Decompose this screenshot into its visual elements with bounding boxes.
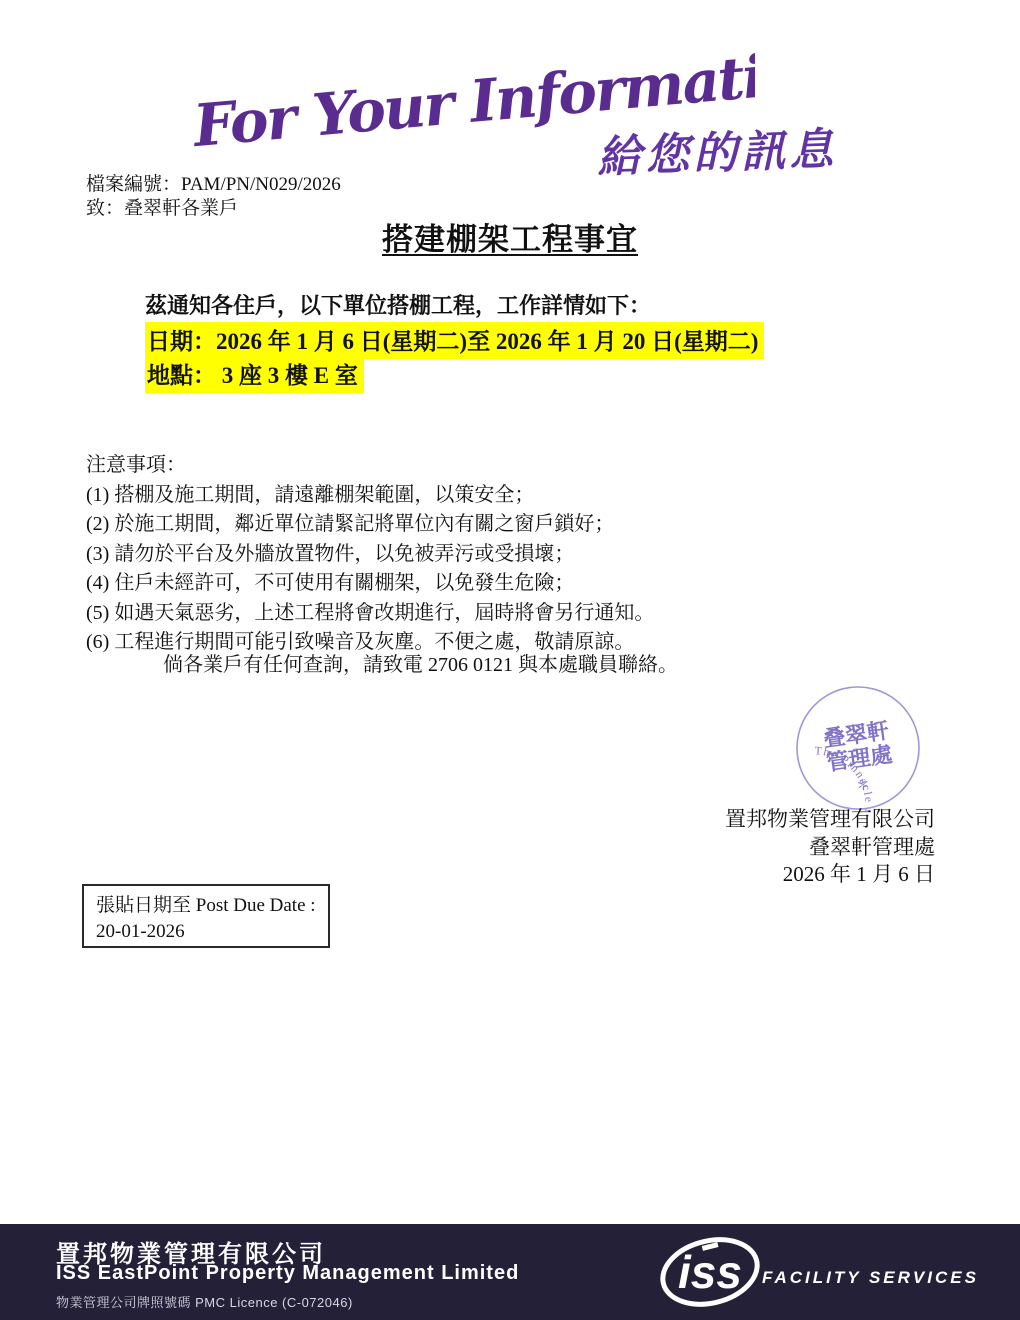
- stamp-asterisk: ＊: [855, 778, 871, 795]
- location-highlight: 地點： 3 座 3 樓 E 室: [145, 356, 364, 393]
- signature-company: 置邦物業管理有限公司: [725, 806, 935, 834]
- footer-licence: 物業管理公司牌照號碼 PMC Licence (C-072046): [56, 1292, 353, 1311]
- page-title: 搭建棚架工程事宜: [0, 214, 1020, 259]
- signature-date: 2026 年 1 月 6 日: [725, 861, 935, 889]
- signature-block: 置邦物業管理有限公司 叠翠軒管理處 2026 年 1 月 6 日: [725, 806, 935, 889]
- iss-logo: iss: [655, 1230, 765, 1314]
- fyi-logo-chinese: 給您的訊息: [596, 111, 898, 185]
- post-due-box: 張貼日期至 Post Due Date : 20-01-2026: [82, 884, 330, 948]
- file-number: 檔案編號：PAM/PN/N029/2026: [86, 169, 341, 196]
- stamp-seal-icon: The Pinnacle Management Office 叠翠軒 管理處 ＊: [786, 676, 931, 821]
- post-due-label: 張貼日期至 Post Due Date :: [96, 893, 316, 919]
- iss-logo-text: iss: [678, 1246, 742, 1298]
- footer-company-en: ISS EastPoint Property Management Limite…: [56, 1262, 519, 1285]
- location-line: 地點： 3 座 3 樓 E 室: [145, 356, 364, 393]
- notes-heading: 注意事項：: [86, 451, 654, 481]
- date-line: 日期：2026 年 1 月 6 日(星期二)至 2026 年 1 月 20 日(…: [145, 322, 764, 359]
- iss-logo-icon: iss: [655, 1230, 765, 1314]
- note-item-4: (4) 住戶未經許可，不可使用有關棚架，以免發生危險；: [86, 569, 654, 599]
- post-due-date: 20-01-2026: [96, 919, 316, 945]
- inquiry-line: 倘各業戶有任何查詢，請致電 2706 0121 與本處職員聯絡。: [163, 648, 678, 677]
- note-item-5: (5) 如遇天氣惡劣，上述工程將會改期進行，屆時將會另行通知。: [86, 599, 654, 629]
- office-stamp: The Pinnacle Management Office 叠翠軒 管理處 ＊: [786, 676, 931, 821]
- iss-tagline: FACILITY SERVICES: [762, 1268, 979, 1288]
- note-item-1: (1) 搭棚及施工期間，請遠離棚架範圍，以策安全；: [86, 481, 654, 511]
- date-highlight: 日期：2026 年 1 月 6 日(星期二)至 2026 年 1 月 20 日(…: [145, 322, 764, 359]
- signature-office: 叠翠軒管理處: [725, 834, 935, 862]
- notes-section: 注意事項： (1) 搭棚及施工期間，請遠離棚架範圍，以策安全； (2) 於施工期…: [86, 451, 654, 658]
- note-item-3: (3) 請勿於平台及外牆放置物件，以免被弄污或受損壞；: [86, 540, 654, 570]
- notice-document: For Your Information 給您的訊息 檔案編號：PAM/PN/N…: [0, 0, 1020, 1320]
- intro-line: 茲通知各住戶，以下單位搭棚工程，工作詳情如下：: [145, 289, 651, 320]
- footer-bar: 置邦物業管理有限公司 ISS EastPoint Property Manage…: [0, 1224, 1020, 1320]
- note-item-2: (2) 於施工期間，鄰近單位請緊記將單位內有關之窗戶鎖好；: [86, 510, 654, 540]
